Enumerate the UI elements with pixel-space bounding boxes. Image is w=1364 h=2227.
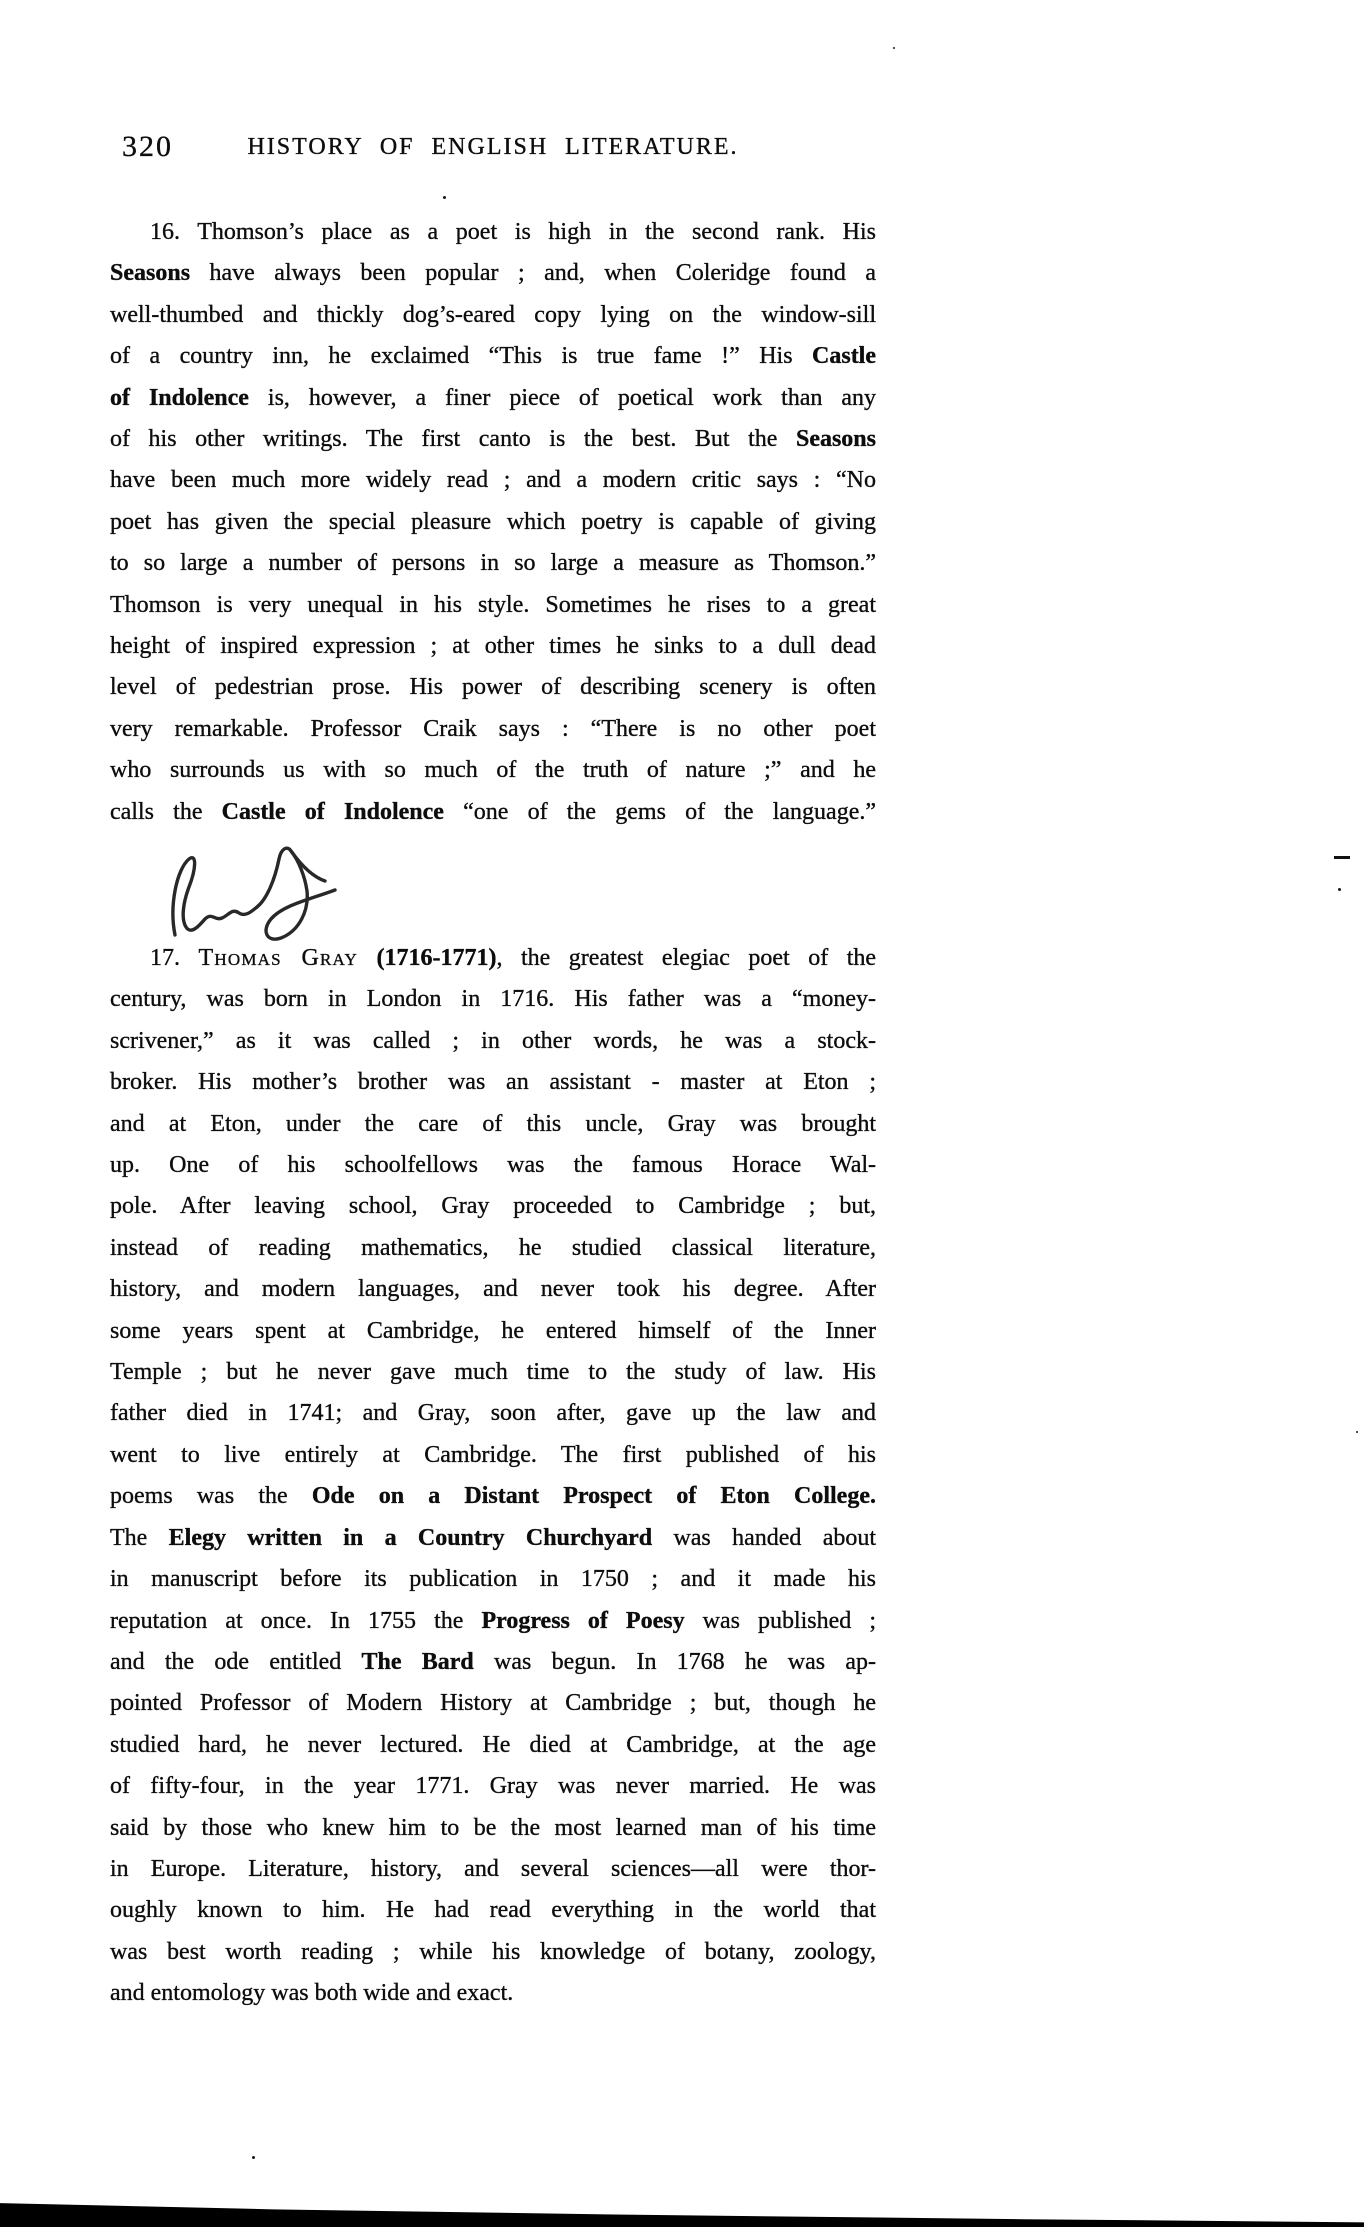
body-text: father died in 1741; and Gray, soon afte…: [110, 1400, 876, 1426]
text-line: very remarkable. Professor Craik says : …: [110, 709, 876, 750]
text-line: 17. Thomas Gray (1716-1771), the greates…: [110, 938, 876, 979]
text-line: scrivener,” as it was called ; in other …: [110, 1021, 876, 1062]
paragraph-17: 17. Thomas Gray (1716-1771), the greates…: [110, 938, 876, 2015]
body-text: of a country inn, he exclaimed “This is …: [110, 343, 812, 369]
body-text: and the ode entitled: [110, 1649, 362, 1675]
body-text: was published ;: [685, 1608, 876, 1634]
body-text: Thomson is very unequal in his style. So…: [110, 592, 876, 618]
bold-title-text: The Bard: [362, 1649, 474, 1675]
page-header: 320 HISTORY OF ENGLISH LITERATURE.: [110, 130, 876, 174]
text-line: in Europe. Literature, history, and seve…: [110, 1849, 876, 1890]
body-text: reputation at once. In 1755 the: [110, 1608, 481, 1634]
scan-speck: [443, 196, 446, 199]
text-line: in manuscript before its publication in …: [110, 1559, 876, 1600]
text-line: poems was the Ode on a Distant Prospect …: [110, 1476, 876, 1517]
body-text: pointed Professor of Modern History at C…: [110, 1690, 876, 1716]
text-line: broker. His mother’s brother was an assi…: [110, 1062, 876, 1103]
text-line: went to live entirely at Cambridge. The …: [110, 1435, 876, 1476]
bold-title-text: (1716-1771): [376, 945, 496, 971]
paragraph-16: 16. Thomson’s place as a poet is high in…: [110, 212, 876, 833]
body-text: is, however, a finer piece of poetical w…: [249, 385, 876, 411]
body-text: Temple ; but he never gave much time to …: [110, 1359, 876, 1385]
running-title: HISTORY OF ENGLISH LITERATURE.: [110, 134, 876, 161]
text-line: century, was born in London in 1716. His…: [110, 979, 876, 1020]
text-line: pointed Professor of Modern History at C…: [110, 1683, 876, 1724]
body-text: to so large a number of persons in so la…: [110, 550, 876, 576]
body-text: century, was born in London in 1716. His…: [110, 986, 876, 1012]
scan-speck: [893, 47, 895, 49]
body-text: pole. After leaving school, Gray proceed…: [110, 1193, 876, 1219]
scan-speck: [1356, 1431, 1358, 1433]
body-text: said by those who knew him to be the mos…: [110, 1815, 876, 1841]
body-text: 16. Thomson’s place as a poet is high in…: [150, 219, 876, 245]
body-text: was best worth reading ; while his knowl…: [110, 1939, 876, 1965]
body-text: studied hard, he never lectured. He died…: [110, 1732, 876, 1758]
text-line: and entomology was both wide and exact.: [110, 1973, 876, 2014]
body-text: The: [110, 1525, 169, 1551]
text-line: level of pedestrian prose. His power of …: [110, 667, 876, 708]
body-text: calls the: [110, 799, 222, 825]
bold-title-text: Elegy written in a Country Churchyard: [169, 1525, 652, 1551]
text-line: said by those who knew him to be the mos…: [110, 1808, 876, 1849]
text-line: of his other writings. The first canto i…: [110, 419, 876, 460]
text-line: oughly known to him. He had read everyth…: [110, 1890, 876, 1931]
text-line: reputation at once. In 1755 the Progress…: [110, 1601, 876, 1642]
body-text: up. One of his schoolfellows was the fam…: [110, 1152, 876, 1178]
scan-dash-artifact: [1334, 856, 1350, 859]
scan-speck: [252, 2156, 255, 2159]
text-line: studied hard, he never lectured. He died…: [110, 1725, 876, 1766]
text-line: Seasons have always been popular ; and, …: [110, 253, 876, 294]
body-text: and at Eton, under the care of this uncl…: [110, 1111, 876, 1137]
body-text: height of inspired expression ; at other…: [110, 633, 876, 659]
body-text: some years spent at Cambridge, he entere…: [110, 1318, 876, 1344]
body-text: and entomology was both wide and exact.: [110, 1980, 513, 2006]
body-text: broker. His mother’s brother was an assi…: [110, 1069, 876, 1095]
body-text: well-thumbed and thickly dog’s-eared cop…: [110, 302, 876, 328]
bold-title-text: Ode on a Distant Prospect of Eton Colleg…: [312, 1483, 876, 1509]
body-text: , the greatest elegiac poet of the: [496, 945, 876, 971]
body-text: of his other writings. The first canto i…: [110, 426, 796, 452]
bold-title-text: Seasons: [110, 260, 190, 286]
text-line: up. One of his schoolfellows was the fam…: [110, 1145, 876, 1186]
handwritten-ink-mark: [163, 843, 353, 948]
body-text: instead of reading mathematics, he studi…: [110, 1235, 876, 1261]
text-line: history, and modern languages, and never…: [110, 1269, 876, 1310]
text-line: of Indolence is, however, a finer piece …: [110, 378, 876, 419]
body-text: was begun. In 1768 he was ap-: [474, 1649, 876, 1675]
book-page: 320 HISTORY OF ENGLISH LITERATURE. 16. T…: [0, 0, 1364, 2227]
text-line: Thomson is very unequal in his style. So…: [110, 585, 876, 626]
scan-speck: [1338, 888, 1341, 891]
text-line: height of inspired expression ; at other…: [110, 626, 876, 667]
text-line: have been much more widely read ; and a …: [110, 460, 876, 501]
text-line: to so large a number of persons in so la…: [110, 543, 876, 584]
body-text: very remarkable. Professor Craik says : …: [110, 716, 876, 742]
small-caps-name: Thomas Gray: [199, 945, 358, 971]
text-line: of fifty-four, in the year 1771. Gray wa…: [110, 1766, 876, 1807]
text-line: poet has given the special pleasure whic…: [110, 502, 876, 543]
text-line: and at Eton, under the care of this uncl…: [110, 1104, 876, 1145]
text-line: some years spent at Cambridge, he entere…: [110, 1311, 876, 1352]
body-text: level of pedestrian prose. His power of …: [110, 674, 876, 700]
text-line: Temple ; but he never gave much time to …: [110, 1352, 876, 1393]
scan-edge-artifact: [0, 2201, 1364, 2227]
body-text: have been much more widely read ; and a …: [110, 467, 876, 493]
body-text: “one of the gems of the language.”: [444, 799, 876, 825]
body-text: went to live entirely at Cambridge. The …: [110, 1442, 876, 1468]
body-text: was handed about: [652, 1525, 876, 1551]
body-text: [358, 945, 377, 971]
body-text: poems was the: [110, 1483, 312, 1509]
bold-title-text: Castle: [812, 343, 876, 369]
body-text: in manuscript before its publication in …: [110, 1566, 876, 1592]
body-text: 17.: [150, 945, 199, 971]
body-text: in Europe. Literature, history, and seve…: [110, 1856, 876, 1882]
text-line: well-thumbed and thickly dog’s-eared cop…: [110, 295, 876, 336]
text-line: The Elegy written in a Country Churchyar…: [110, 1518, 876, 1559]
bold-title-text: Castle of Indolence: [222, 799, 444, 825]
text-line: who surrounds us with so much of the tru…: [110, 750, 876, 791]
body-text: history, and modern languages, and never…: [110, 1276, 876, 1302]
bold-title-text: Progress of Poesy: [481, 1608, 684, 1634]
text-line: of a country inn, he exclaimed “This is …: [110, 336, 876, 377]
text-line: calls the Castle of Indolence “one of th…: [110, 792, 876, 833]
body-text: oughly known to him. He had read everyth…: [110, 1897, 876, 1923]
body-text: who surrounds us with so much of the tru…: [110, 757, 876, 783]
text-line: was best worth reading ; while his knowl…: [110, 1932, 876, 1973]
body-text: poet has given the special pleasure whic…: [110, 509, 876, 535]
bold-title-text: Seasons: [796, 426, 876, 452]
body-text: have always been popular ; and, when Col…: [190, 260, 876, 286]
text-line: 16. Thomson’s place as a poet is high in…: [110, 212, 876, 253]
text-line: and the ode entitled The Bard was begun.…: [110, 1642, 876, 1683]
bold-title-text: of Indolence: [110, 385, 249, 411]
body-text: of fifty-four, in the year 1771. Gray wa…: [110, 1773, 876, 1799]
text-line: instead of reading mathematics, he studi…: [110, 1228, 876, 1269]
text-line: pole. After leaving school, Gray proceed…: [110, 1186, 876, 1227]
body-text: scrivener,” as it was called ; in other …: [110, 1028, 876, 1054]
text-line: father died in 1741; and Gray, soon afte…: [110, 1393, 876, 1434]
